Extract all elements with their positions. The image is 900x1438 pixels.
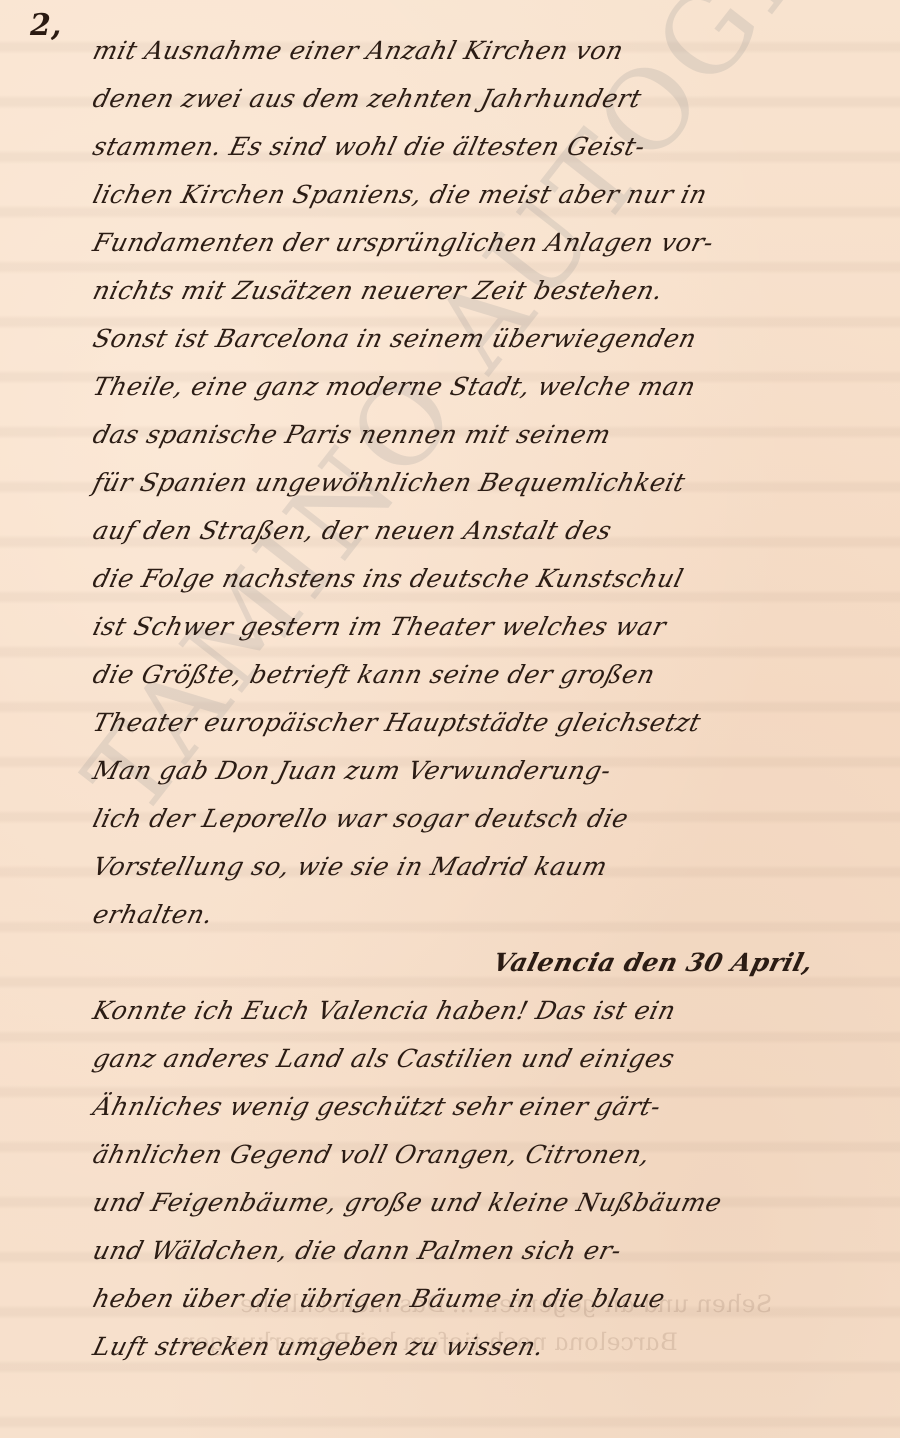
text-line: die Folge nachstens ins deutsche Kunstsc… [90, 564, 687, 593]
text-line: ganz anderes Land als Castilien und eini… [90, 1044, 678, 1073]
text-line: mit Ausnahme einer Anzahl Kirchen von [90, 36, 627, 65]
text-line: und Feigenbäume, große und kleine Nußbäu… [90, 1188, 725, 1217]
text-line: lichen Kirchen Spaniens, die meist aber … [90, 180, 710, 209]
text-line: das spanische Paris nennen mit seinem [90, 420, 614, 449]
text-line: Vorstellung so, wie sie in Madrid kaum [90, 852, 611, 881]
text-line: nichts mit Zusätzen neuerer Zeit bestehe… [90, 276, 666, 305]
text-line: Sonst ist Barcelona in seinem überwiegen… [90, 324, 700, 353]
text-line: und Wäldchen, die dann Palmen sich er- [90, 1236, 625, 1265]
text-line: stammen. Es sind wohl die ältesten Geist… [90, 132, 648, 161]
text-line: Ähnliches wenig geschützt sehr einer gär… [90, 1092, 664, 1121]
text-line: lich der Leporello war sogar deutsch die [90, 804, 632, 833]
text-line: Theile, eine ganz moderne Stadt, welche … [90, 372, 699, 401]
text-line: ist Schwer gestern im Theater welches wa… [90, 612, 669, 641]
text-line: ähnlichen Gegend voll Orangen, Citronen, [90, 1140, 653, 1169]
text-line: Theater europäischer Hauptstädte gleichs… [90, 708, 704, 737]
text-line: Fundamenten der ursprünglichen Anlagen v… [90, 228, 717, 257]
text-line: die Größte, betrieft kann seine der groß… [90, 660, 658, 689]
bleed-through-line: Barcelona noch tiefem bei Bemerkungen [177, 1328, 681, 1356]
bleed-through-line: Sehen und an gegenteil ... Das menschlic… [237, 1290, 775, 1318]
text-line: auf den Straßen, der neuen Anstalt des [90, 516, 615, 545]
text-line: Man gab Don Juan zum Verwunderung- [90, 756, 614, 785]
page-number: 2, [30, 8, 61, 43]
text-line: erhalten. [90, 900, 216, 929]
text-line: Konnte ich Euch Valencia haben! Das ist … [90, 996, 679, 1025]
dateline: Valencia den 30 April, [490, 948, 816, 977]
text-line: für Spanien ungewöhnlichen Bequemlichkei… [90, 468, 688, 497]
text-line: denen zwei aus dem zehnten Jahrhundert [90, 84, 645, 113]
